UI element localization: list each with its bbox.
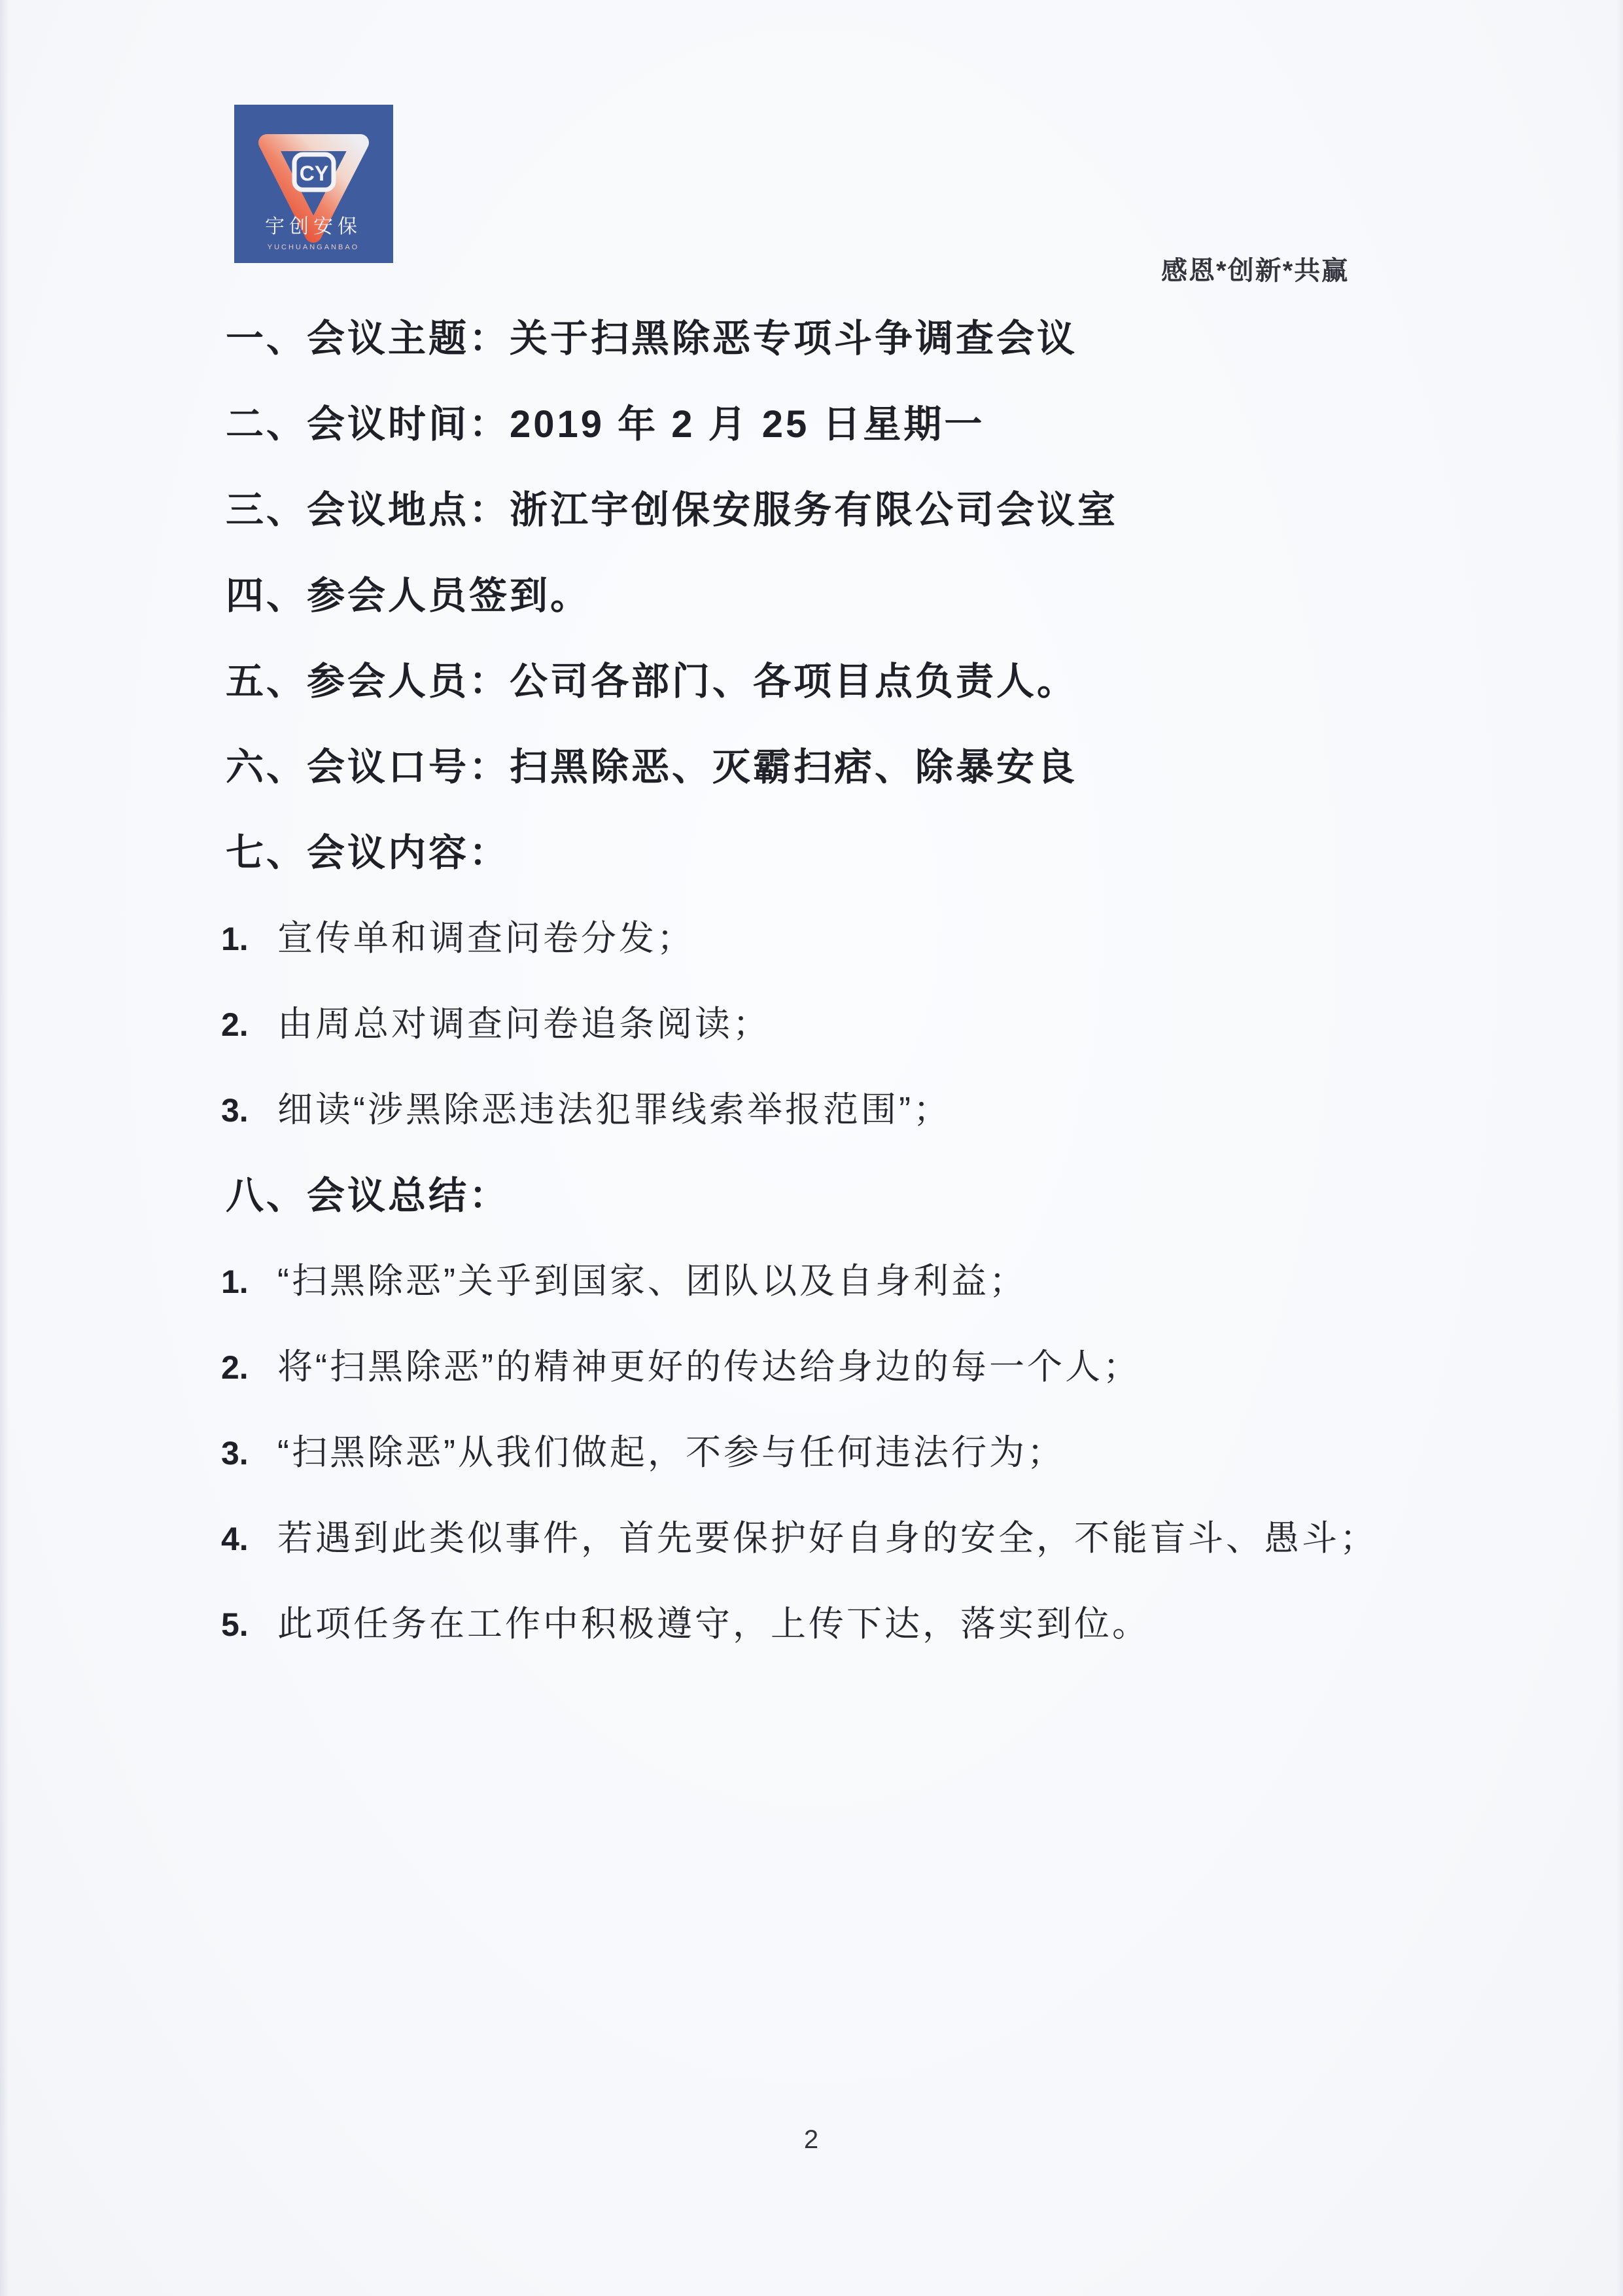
section-7-meeting-content: 七、会议内容： <box>0 810 1623 896</box>
section-3-meeting-location: 三、会议地点：浙江宇创保安服务有限公司会议室 <box>0 467 1623 553</box>
company-logo: CY 宇创安保 YUCHUANGANBAO <box>234 105 393 263</box>
content-item-3-number: 3. <box>221 1068 277 1154</box>
logo-name-cn: 宇创安保 <box>265 216 362 238</box>
company-slogan: 感恩*创新*共赢 <box>1161 250 1349 287</box>
scanned-document-page: { "colors": { "paper": "#f7f8fb", "ink":… <box>0 0 1623 2296</box>
content-item-2: 2.由周总对调查问卷追条阅读； <box>0 981 1623 1067</box>
summary-item-5-text: 此项任务在工作中积极遵守，上传下达，落实到位。 <box>277 1604 1150 1644</box>
summary-item-2: 2.将“扫黑除恶”的精神更好的传达给身边的每一个人； <box>0 1324 1623 1410</box>
summary-item-4-number: 4. <box>221 1496 277 1582</box>
summary-item-3: 3.“扫黑除恶”从我们做起，不参与任何违法行为； <box>0 1410 1623 1496</box>
content-item-3-text: 细读“涉黑除恶违法犯罪线索举报范围”； <box>277 1090 951 1129</box>
content-item-1-number: 1. <box>221 896 277 982</box>
summary-item-1-text: “扫黑除恶”关乎到国家、团队以及自身利益； <box>277 1262 1027 1301</box>
document-body: 一、会议主题：关于扫黑除恶专项斗争调查会议 二、会议时间：2019 年 2 月 … <box>0 296 1623 1667</box>
content-item-2-text: 由周总对调查问卷追条阅读； <box>277 1004 771 1044</box>
section-8-meeting-summary: 八、会议总结： <box>0 1153 1623 1239</box>
summary-item-4-text: 若遇到此类似事件，首先要保护好自身的安全，不能盲斗、愚斗； <box>277 1519 1378 1558</box>
summary-item-4: 4.若遇到此类似事件，首先要保护好自身的安全，不能盲斗、愚斗； <box>0 1496 1623 1581</box>
summary-item-3-text: “扫黑除恶”从我们做起，不参与任何违法行为； <box>277 1433 1065 1472</box>
section-1-meeting-topic: 一、会议主题：关于扫黑除恶专项斗争调查会议 <box>0 296 1623 381</box>
summary-item-5-number: 5. <box>221 1582 277 1668</box>
section-5-attendees: 五、参会人员：公司各部门、各项目点负责人。 <box>0 639 1623 724</box>
summary-item-3-number: 3. <box>221 1411 277 1496</box>
content-item-1-text: 宣传单和调查问卷分发； <box>277 919 695 958</box>
summary-item-5: 5.此项任务在工作中积极遵守，上传下达，落实到位。 <box>0 1581 1623 1667</box>
logo-name-en: YUCHUANGANBAO <box>268 243 359 251</box>
summary-item-1-number: 1. <box>221 1239 277 1325</box>
logo-monogram: CY <box>300 162 328 185</box>
summary-item-1: 1.“扫黑除恶”关乎到国家、团队以及自身利益； <box>0 1239 1623 1324</box>
summary-item-2-text: 将“扫黑除恶”的精神更好的传达给身边的每一个人； <box>277 1347 1141 1386</box>
summary-item-2-number: 2. <box>221 1325 277 1411</box>
content-item-3: 3.细读“涉黑除恶违法犯罪线索举报范围”； <box>0 1067 1623 1153</box>
content-item-2-number: 2. <box>221 982 277 1068</box>
content-item-1: 1.宣传单和调查问卷分发； <box>0 896 1623 981</box>
section-6-meeting-slogan: 六、会议口号：扫黑除恶、灭霸扫痞、除暴安良 <box>0 724 1623 810</box>
section-4-sign-in: 四、参会人员签到。 <box>0 553 1623 639</box>
page-number: 2 <box>0 2125 1623 2155</box>
section-2-meeting-time: 二、会议时间：2019 年 2 月 25 日星期一 <box>0 381 1623 467</box>
